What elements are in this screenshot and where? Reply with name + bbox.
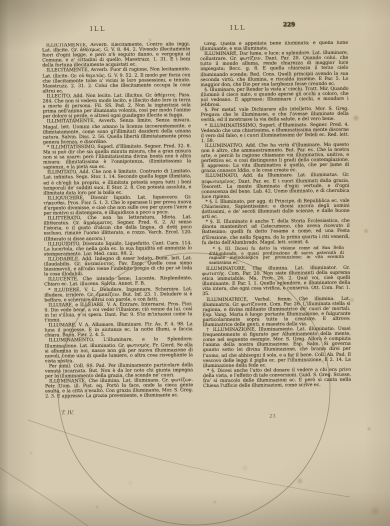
text-column-left: ILLICITAMENTE, Avverb. Illecitamente, Co… — [42, 42, 193, 415]
dictionary-entry: ILLUMINARE, Dar lume, e luce; e splendor… — [200, 51, 348, 88]
running-title-left: ILL — [90, 25, 106, 33]
dictionary-entry: † ILLUMINAZIONE, Illuminamento. Lat. ill… — [203, 327, 351, 369]
page-number: 229 — [283, 22, 295, 28]
dictionary-entry: * §. III. Dicesi fu detto la visione com… — [209, 246, 344, 266]
dictionary-entry: ILLIMITATO, Add. Che non è limitato. Con… — [43, 170, 191, 197]
dictionary-entry: ILLUMINAMENTO, L'illuminare, e lo Splend… — [45, 338, 193, 365]
dictionary-entry: * §. II. Illuminato è anche T. della Sto… — [202, 219, 350, 246]
page-content: ILL ILL 229 ILLICITAMENTE, Avverb. Illec… — [0, 0, 390, 526]
dictionary-entry: * §. Dicesi anche l'atto del donare il v… — [203, 368, 351, 390]
dictionary-entry: ILLUMINATORE, Che illumina. Lat. illumin… — [202, 266, 350, 298]
dictionary-entry: * §. I. Illuminato, per agg. di Principe… — [201, 199, 349, 221]
dictionary-entry: ILLIMITATAMENTE, Avverb. Senza limite, S… — [43, 119, 191, 146]
scanned-page: ILL ILL 229 ILLICITAMENTE, Avverb. Illec… — [0, 0, 390, 526]
dictionary-entry: ILLIQUIDITO, Divenuto liquido, Liquefatt… — [44, 241, 192, 258]
dictionary-entry: ILLIQUICHIRE, Divenir liquido. Lat. liqu… — [43, 195, 191, 217]
dictionary-entry: ILLUMINATIVO, Add. Che ha virtù d'illumi… — [201, 143, 349, 175]
dictionary-entry: ILLITTERATO, Che non ha letteratura, Idi… — [44, 215, 192, 242]
dictionary-entry: ILLUMINANTE, Che illumina. Lat. illumina… — [45, 378, 193, 400]
volume-signature: T. IV. — [61, 410, 74, 416]
dictionary-entry: ILLECITO, Add. Non lecito. Lat. illicitu… — [43, 93, 191, 120]
text-column-right: Greg. Quella è appellata bene illuminata… — [200, 41, 351, 414]
dictionary-entry: ILLODABILE, Add. Indegno di esser lodato… — [44, 256, 192, 278]
gathering-mark: 23 — [269, 414, 275, 419]
dictionary-entry: ILLECITAMENTE, Avverb. Fuor di ragione, … — [42, 68, 190, 95]
dictionary-entry: Per simil. Coll. SS. Pad. Per illuminame… — [45, 363, 193, 380]
dictionary-entry: ILLUIARE, e ILLEIARE, V. A. Entrare, Int… — [44, 302, 192, 324]
dictionary-entry: ILLUMINATRICE, Verbal. femm. Che illumin… — [202, 296, 350, 328]
dictionary-entry: * ILLIMITATISSIMO, Superl. d'Illimitato.… — [43, 144, 191, 171]
dictionary-entry: * ILLUMINATISSIMO, Superl. d'Illuminato.… — [201, 122, 349, 144]
dictionary-entry: ILLUMINATO, Add. da Illuminare. Lat. ill… — [201, 173, 349, 200]
dictionary-entry: ILLICITAMENTE, Avverb. Illecitamente, Co… — [42, 42, 190, 69]
dictionary-entry: * ILLUDERE, V. L. Deludere, Ingannare, S… — [44, 287, 192, 304]
dictionary-entry: §. Per metaf. vale Dichiarare allo intel… — [201, 107, 349, 124]
dictionary-entry: §. Illuminare, per Render la vista a' ci… — [201, 87, 349, 109]
running-title-right: ILL — [230, 24, 246, 32]
